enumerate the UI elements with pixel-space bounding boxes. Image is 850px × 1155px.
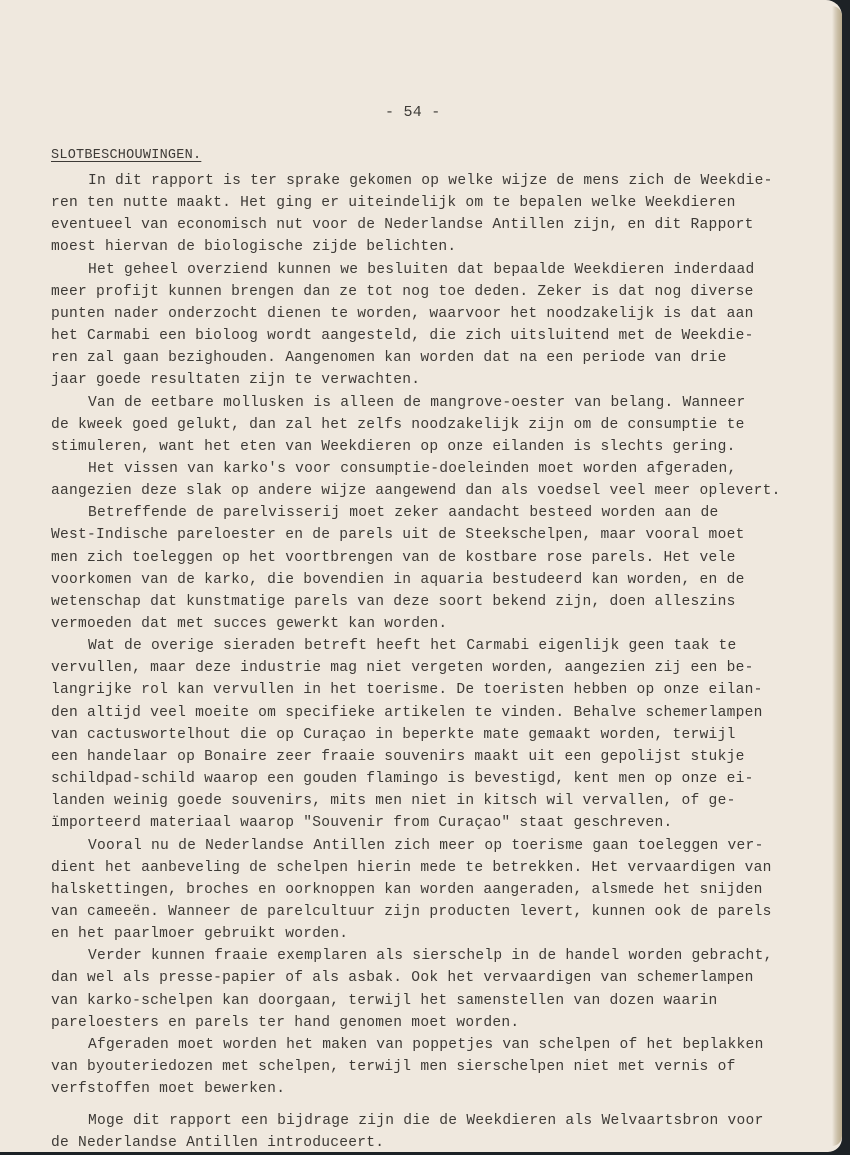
document-page: - 54 - SLOTBESCHOUWINGEN. In dit rapport… bbox=[0, 0, 842, 1152]
text-line: moest hiervan de biologische zijde belic… bbox=[51, 236, 456, 258]
text-line: schildpad-schild waarop een gouden flami… bbox=[51, 768, 754, 790]
text-line: men zich toeleggen op het voortbrengen v… bbox=[51, 547, 736, 569]
text-line: vermoeden dat met succes gewerkt kan wor… bbox=[51, 613, 447, 635]
text-line: dient het aanbeveling de schelpen hierin… bbox=[51, 857, 772, 879]
section-heading: SLOTBESCHOUWINGEN. bbox=[51, 148, 201, 163]
text-line: den altijd veel moeite om specifieke art… bbox=[51, 702, 763, 724]
text-line: en het paarlmoer gebruikt worden. bbox=[51, 923, 348, 945]
text-line: langrijke rol kan vervullen in het toeri… bbox=[51, 679, 763, 701]
text-line: Afgeraden moet worden het maken van popp… bbox=[88, 1034, 764, 1056]
text-line: Moge dit rapport een bijdrage zijn die d… bbox=[88, 1110, 764, 1132]
text-line: dan wel als presse-papier of als asbak. … bbox=[51, 967, 754, 989]
text-line: ren zal gaan bezighouden. Aangenomen kan… bbox=[51, 347, 727, 369]
text-line: meer profijt kunnen brengen dan ze tot n… bbox=[51, 281, 754, 303]
page-number: - 54 - bbox=[385, 104, 505, 121]
text-line: Betreffende de parelvisserij moet zeker … bbox=[88, 502, 719, 524]
text-line: eventueel van economisch nut voor de Ned… bbox=[51, 214, 754, 236]
text-line: jaar goede resultaten zijn te verwachten… bbox=[51, 369, 420, 391]
text-line: landen weinig goede souvenirs, mits men … bbox=[51, 790, 736, 812]
text-line: Vooral nu de Nederlandse Antillen zich m… bbox=[88, 835, 764, 857]
text-line: pareloesters en parels ter hand genomen … bbox=[51, 1012, 519, 1034]
text-line: de Nederlandse Antillen introduceert. bbox=[51, 1132, 384, 1154]
text-line: Het geheel overziend kunnen we besluiten… bbox=[88, 259, 755, 281]
text-line: van cameeën. Wanneer de parelcultuur zij… bbox=[51, 901, 772, 923]
text-line: voorkomen van de karko, die bovendien in… bbox=[51, 569, 745, 591]
text-line: aangezien deze slak op andere wijze aang… bbox=[51, 480, 781, 502]
text-line: het Carmabi een bioloog wordt aangesteld… bbox=[51, 325, 754, 347]
text-line: van cactuswortelhout die op Curaçao in b… bbox=[51, 724, 736, 746]
text-line: wetenschap dat kunstmatige parels van de… bbox=[51, 591, 736, 613]
text-line: punten nader onderzocht dienen te worden… bbox=[51, 303, 754, 325]
text-line: ren ten nutte maakt. Het ging er uiteind… bbox=[51, 192, 736, 214]
text-line: West-Indische pareloester en de parels u… bbox=[51, 524, 745, 546]
text-line: halskettingen, broches en oorknoppen kan… bbox=[51, 879, 763, 901]
text-line: vervullen, maar deze industrie mag niet … bbox=[51, 657, 754, 679]
text-line: Wat de overige sieraden betreft heeft he… bbox=[88, 635, 737, 657]
text-line: van byouteriedozen met schelpen, terwijl… bbox=[51, 1056, 736, 1078]
page-edge bbox=[832, 6, 842, 1146]
text-line: een handelaar op Bonaire zeer fraaie sou… bbox=[51, 746, 745, 768]
text-line: In dit rapport is ter sprake gekomen op … bbox=[88, 170, 773, 192]
text-line: van karko-schelpen kan doorgaan, terwijl… bbox=[51, 990, 718, 1012]
text-line: stimuleren, want het eten van Weekdieren… bbox=[51, 436, 736, 458]
text-line: de kweek goed gelukt, dan zal het zelfs … bbox=[51, 414, 745, 436]
text-line: ïmporteerd materiaal waarop "Souvenir fr… bbox=[51, 812, 673, 834]
text-line: Het vissen van karko's voor consumptie-d… bbox=[88, 458, 737, 480]
text-line: Verder kunnen fraaie exemplaren als sier… bbox=[88, 945, 773, 967]
text-line: Van de eetbare mollusken is alleen de ma… bbox=[88, 392, 746, 414]
text-line: verfstoffen moet bewerken. bbox=[51, 1078, 285, 1100]
